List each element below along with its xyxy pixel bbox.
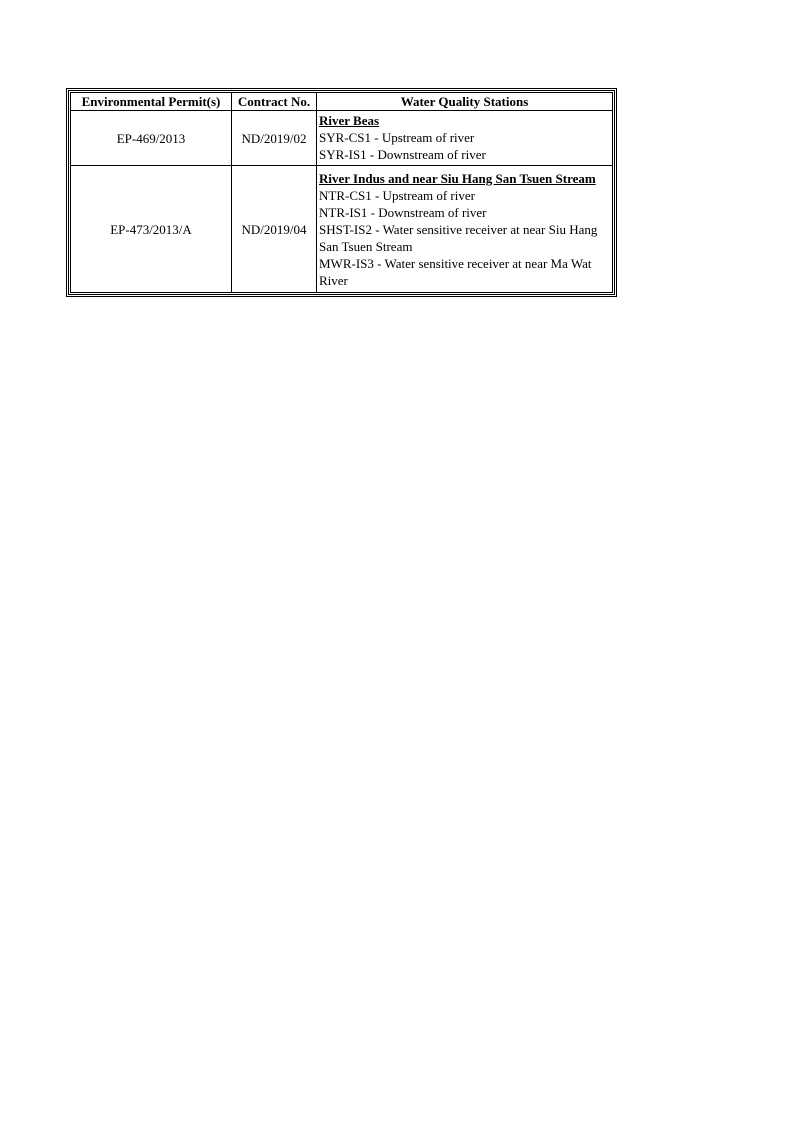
header-contract-no: Contract No. <box>232 93 317 111</box>
header-environmental-permits: Environmental Permit(s) <box>71 93 232 111</box>
table-row: EP-473/2013/A ND/2019/04 River Indus and… <box>71 166 613 293</box>
station-item: SYR-IS1 - Downstream of river <box>319 146 610 163</box>
station-group-title: River Indus and near Siu Hang San Tsuen … <box>319 170 610 187</box>
permit-cell: EP-473/2013/A <box>71 166 232 293</box>
water-quality-stations-table: Environmental Permit(s) Contract No. Wat… <box>70 92 613 293</box>
station-item: SYR-CS1 - Upstream of river <box>319 129 610 146</box>
stations-cell: River Indus and near Siu Hang San Tsuen … <box>317 166 613 293</box>
table-header-row: Environmental Permit(s) Contract No. Wat… <box>71 93 613 111</box>
station-item: MWR-IS3 - Water sensitive receiver at ne… <box>319 255 610 289</box>
station-group-title: River Beas <box>319 112 610 129</box>
contract-cell: ND/2019/04 <box>232 166 317 293</box>
header-water-quality-stations: Water Quality Stations <box>317 93 613 111</box>
permit-cell: EP-469/2013 <box>71 111 232 166</box>
table-row: EP-469/2013 ND/2019/02 River Beas SYR-CS… <box>71 111 613 166</box>
contract-cell: ND/2019/02 <box>232 111 317 166</box>
station-item: SHST-IS2 - Water sensitive receiver at n… <box>319 221 610 255</box>
station-item: NTR-CS1 - Upstream of river <box>319 187 610 204</box>
stations-cell: River Beas SYR-CS1 - Upstream of river S… <box>317 111 613 166</box>
station-item: NTR-IS1 - Downstream of river <box>319 204 610 221</box>
water-quality-table-container: Environmental Permit(s) Contract No. Wat… <box>66 88 617 297</box>
